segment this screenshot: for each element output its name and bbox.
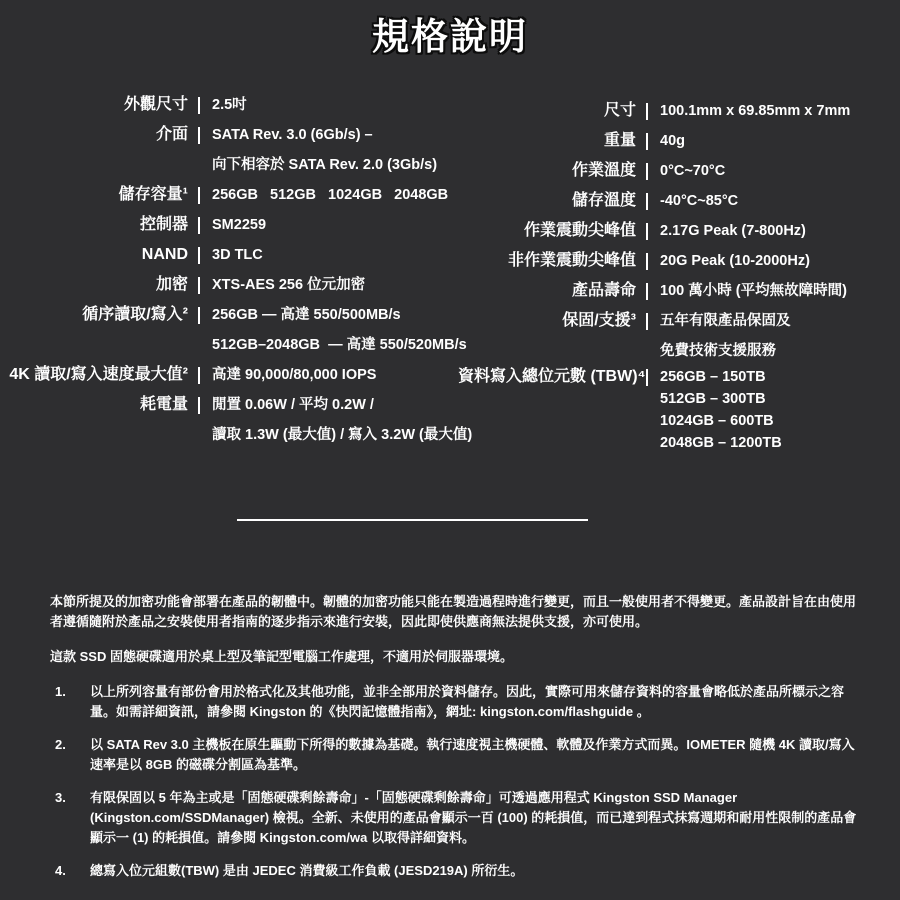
label-value-separator	[646, 283, 648, 300]
spec-value: 向下相容於 SATA Rev. 2.0 (3Gb/s)	[212, 150, 437, 180]
spec-label: 循序讀取/寫入²	[0, 300, 188, 330]
label-value-separator	[198, 307, 200, 324]
label-value-separator	[646, 369, 648, 386]
spec-row-interface: 介面 SATA Rev. 3.0 (6Gb/s) – 向下相容於 SATA Re…	[0, 120, 470, 180]
spec-value: 讀取 1.3W (最大值) / 寫入 3.2W (最大值)	[212, 420, 472, 450]
footnote-1: 1. 以上所列容量有部份會用於格式化及其他功能，並非全部用於資料儲存。因此，實際…	[50, 682, 865, 722]
spec-sheet: 規格說明 外觀尺寸 2.5吋 介面 SATA Rev. 3.0 (6Gb/s) …	[0, 0, 900, 900]
spec-row-capacities: 儲存容量¹ 256GB 512GB 1024GB 2048GB	[0, 180, 470, 210]
spec-label: 資料寫入總位元數 (TBW)⁴	[458, 366, 636, 388]
spec-value: 3D TLC	[212, 240, 263, 270]
spec-value: 100.1mm x 69.85mm x 7mm	[660, 96, 850, 126]
label-value-separator	[198, 127, 200, 144]
spec-row-nand: NAND 3D TLC	[0, 240, 470, 270]
label-value-separator	[646, 163, 648, 180]
spec-row-nonoperating-vibration: 非作業震動尖峰值 20G Peak (10-2000Hz)	[458, 246, 900, 276]
spec-value: 40g	[660, 126, 685, 156]
spec-row-power: 耗電量 閒置 0.06W / 平均 0.2W / 讀取 1.3W (最大值) /…	[0, 390, 470, 450]
section-divider	[237, 519, 588, 521]
notes-section: 本節所提及的加密功能會部署在產品的韌體中。韌體的加密功能只能在製造過程時進行變更…	[50, 592, 865, 894]
spec-column-left: 外觀尺寸 2.5吋 介面 SATA Rev. 3.0 (6Gb/s) – 向下相…	[0, 90, 470, 450]
spec-value: XTS-AES 256 位元加密	[212, 270, 365, 300]
label-value-separator	[646, 253, 648, 270]
spec-value: -40°C~85°C	[660, 186, 738, 216]
footnote-text: 以 SATA Rev 3.0 主機板在原生驅動下所得的數據為基礎。執行速度視主機…	[90, 735, 865, 775]
spec-row-weight: 重量 40g	[458, 126, 900, 156]
label-value-separator	[646, 193, 648, 210]
spec-label: 非作業震動尖峰值	[458, 246, 636, 276]
spec-row-operating-vibration: 作業震動尖峰值 2.17G Peak (7-800Hz)	[458, 216, 900, 246]
spec-value: 0°C~70°C	[660, 156, 725, 186]
spec-value: SM2259	[212, 210, 266, 240]
spec-row-sequential-rw: 循序讀取/寫入² 256GB — 高達 550/500MB/s 512GB–20…	[0, 300, 470, 360]
spec-label: 外觀尺寸	[0, 90, 188, 120]
spec-row-warranty: 保固/支援³ 五年有限產品保固及 免費技術支援服務	[458, 306, 900, 366]
spec-label: 加密	[0, 270, 188, 300]
spec-label: 作業溫度	[458, 156, 636, 186]
spec-value: 閒置 0.06W / 平均 0.2W /	[212, 390, 472, 420]
footnote-number: 1.	[50, 682, 90, 722]
spec-value: 256GB 512GB 1024GB 2048GB	[212, 180, 448, 210]
spec-value: 256GB — 高達 550/500MB/s	[212, 300, 467, 330]
spec-label: 尺寸	[458, 96, 636, 126]
spec-label: 儲存溫度	[458, 186, 636, 216]
footnote-4: 4. 總寫入位元組數(TBW) 是由 JEDEC 消費級工作負載 (JESD21…	[50, 861, 865, 881]
spec-value: 100 萬小時 (平均無故障時間)	[660, 276, 847, 306]
label-value-separator	[198, 217, 200, 234]
spec-label: 重量	[458, 126, 636, 156]
page-title: 規格說明	[0, 6, 900, 60]
spec-row-tbw: 資料寫入總位元數 (TBW)⁴ 256GB – 150TB 512GB – 30…	[458, 366, 900, 454]
label-value-separator	[198, 187, 200, 204]
note-paragraph-usage: 這款 SSD 固態硬碟適用於桌上型及筆記型電腦工作處理，不適用於伺服器環境。	[50, 647, 865, 667]
spec-value: 512GB – 300TB	[660, 388, 782, 410]
footnote-3: 3. 有限保固以 5 年為主或是「固態硬碟剩餘壽命」-「固態硬碟剩餘壽命」可透過…	[50, 788, 865, 848]
spec-column-right: 尺寸 100.1mm x 69.85mm x 7mm 重量 40g 作業溫度 0…	[458, 96, 900, 454]
spec-row-dimensions: 尺寸 100.1mm x 69.85mm x 7mm	[458, 96, 900, 126]
spec-label: NAND	[0, 240, 188, 270]
spec-value: 免費技術支援服務	[660, 336, 791, 366]
spec-label: 4K 讀取/寫入速度最大值²	[0, 360, 188, 390]
footnote-number: 4.	[50, 861, 90, 881]
label-value-separator	[198, 97, 200, 114]
spec-label: 控制器	[0, 210, 188, 240]
label-value-separator	[646, 133, 648, 150]
footnote-text: 總寫入位元組數(TBW) 是由 JEDEC 消費級工作負載 (JESD219A)…	[90, 861, 865, 881]
spec-label: 產品壽命	[458, 276, 636, 306]
footnote-2: 2. 以 SATA Rev 3.0 主機板在原生驅動下所得的數據為基礎。執行速度…	[50, 735, 865, 775]
spec-row-form-factor: 外觀尺寸 2.5吋	[0, 90, 470, 120]
label-value-separator	[646, 103, 648, 120]
spec-label: 介面	[0, 120, 188, 150]
spec-row-operating-temp: 作業溫度 0°C~70°C	[458, 156, 900, 186]
footnote-text: 以上所列容量有部份會用於格式化及其他功能，並非全部用於資料儲存。因此，實際可用來…	[90, 682, 865, 722]
spec-label: 作業震動尖峰值	[458, 216, 636, 246]
label-value-separator	[646, 313, 648, 330]
spec-label: 耗電量	[0, 390, 188, 420]
label-value-separator	[198, 397, 200, 414]
spec-row-storage-temp: 儲存溫度 -40°C~85°C	[458, 186, 900, 216]
spec-value: 20G Peak (10-2000Hz)	[660, 246, 810, 276]
note-paragraph-encryption: 本節所提及的加密功能會部署在產品的韌體中。韌體的加密功能只能在製造過程時進行變更…	[50, 592, 865, 632]
footnote-text: 有限保固以 5 年為主或是「固態硬碟剩餘壽命」-「固態硬碟剩餘壽命」可透過應用程…	[90, 788, 865, 848]
label-value-separator	[198, 277, 200, 294]
label-value-separator	[646, 223, 648, 240]
spec-row-controller: 控制器 SM2259	[0, 210, 470, 240]
spec-value: 高達 90,000/80,000 IOPS	[212, 360, 376, 390]
label-value-separator	[198, 247, 200, 264]
footnote-number: 2.	[50, 735, 90, 775]
spec-label: 保固/支援³	[458, 306, 636, 336]
label-value-separator	[198, 367, 200, 384]
spec-label: 儲存容量¹	[0, 180, 188, 210]
footnote-number: 3.	[50, 788, 90, 848]
spec-value: 512GB–2048GB — 高達 550/520MB/s	[212, 330, 467, 360]
spec-row-encryption: 加密 XTS-AES 256 位元加密	[0, 270, 470, 300]
spec-value: 2.17G Peak (7-800Hz)	[660, 216, 806, 246]
spec-value: 2.5吋	[212, 90, 247, 120]
spec-value: SATA Rev. 3.0 (6Gb/s) –	[212, 120, 437, 150]
spec-value: 2048GB – 1200TB	[660, 432, 782, 454]
spec-value: 五年有限產品保固及	[660, 306, 791, 336]
spec-value: 256GB – 150TB	[660, 366, 782, 388]
spec-row-4k-rw: 4K 讀取/寫入速度最大值² 高達 90,000/80,000 IOPS	[0, 360, 470, 390]
spec-value: 1024GB – 600TB	[660, 410, 782, 432]
spec-row-mtbf: 產品壽命 100 萬小時 (平均無故障時間)	[458, 276, 900, 306]
